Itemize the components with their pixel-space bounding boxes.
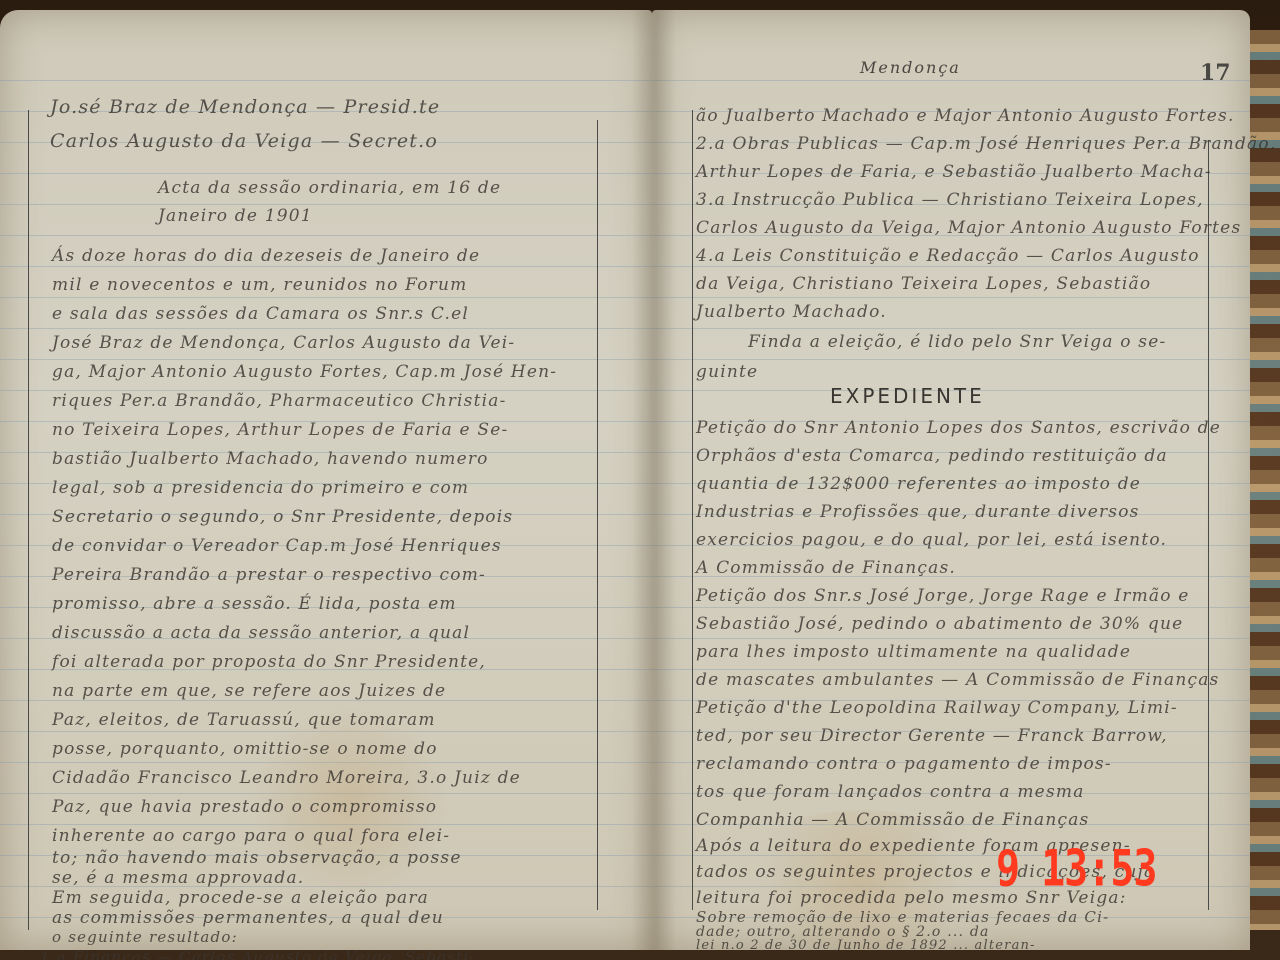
book-gutter xyxy=(632,10,676,950)
text-line: inherente ao cargo para o qual fora elei… xyxy=(52,826,450,846)
text-line: Paz, eleitos, de Taruassú, que tomaram xyxy=(52,710,436,730)
text-line: Petição d'the Leopoldina Railway Company… xyxy=(696,698,1178,718)
right-margin-line xyxy=(1208,140,1209,910)
minutes-title: Acta da sessão ordinaria, em 16 de xyxy=(158,178,501,198)
minutes-date: Janeiro de 1901 xyxy=(158,206,313,226)
text-line: para lhes imposto ultimamente na qualida… xyxy=(696,642,1131,662)
text-line: ted, por seu Director Gerente — Franck B… xyxy=(696,726,1168,746)
text-line: o seguinte resultado: xyxy=(52,928,238,946)
text-line: exercicios pagou, e do qual, por lei, es… xyxy=(696,530,1167,550)
text-line: José Braz de Mendonça, Carlos Augusto da… xyxy=(52,333,515,353)
page-number: 17 xyxy=(1200,60,1231,86)
left-margin-line xyxy=(28,110,29,930)
text-line: no Teixeira Lopes, Arthur Lopes de Faria… xyxy=(52,420,508,440)
timestamp-day: 9 xyxy=(996,840,1019,898)
text-line: to; não havendo mais observação, a posse xyxy=(52,848,462,868)
text-line: foi alterada por proposta do Snr Preside… xyxy=(52,652,486,672)
text-line: Petição dos Snr.s José Jorge, Jorge Rage… xyxy=(696,586,1190,606)
camera-timestamp-overlay: 913:53 xyxy=(996,844,1157,894)
text-line: se, é a mesma approvada. xyxy=(52,868,304,888)
text-line: Pereira Brandão a prestar o respectivo c… xyxy=(52,565,486,585)
text-line: Industrias e Profissões que, durante div… xyxy=(696,502,1140,522)
text-line: 3.a Instrucção Publica — Christiano Teix… xyxy=(696,190,1204,210)
section-heading-text: EXPEDIENTE xyxy=(830,384,985,408)
text-line: Secretario o segundo, o Snr Presidente, … xyxy=(52,507,513,527)
header-president: Jo.sé Braz de Mendonça — Presid.te xyxy=(50,96,440,118)
right-page: Mendonça 17 ão Jualberto Machado e Major… xyxy=(652,10,1250,950)
text-line: 1.a Finanças — Carlos Augusto da Veiga, … xyxy=(40,948,476,960)
text-line: Petição do Snr Antonio Lopes dos Santos,… xyxy=(696,418,1221,438)
text-line: Cidadão Francisco Leandro Moreira, 3.o J… xyxy=(52,768,521,788)
text-line: da Veiga, Christiano Teixeira Lopes, Seb… xyxy=(696,274,1151,294)
text-line: Paz, que havia prestado o compromisso xyxy=(52,797,437,817)
text-line: Sebastião José, pedindo o abatimento de … xyxy=(696,614,1183,634)
text-line: bastião Jualberto Machado, havendo numer… xyxy=(52,449,489,469)
text-line: A Commissão de Finanças. xyxy=(696,558,956,578)
text-line: quantia de 132$000 referentes ao imposto… xyxy=(696,474,1141,494)
book-page-edges xyxy=(1248,30,1280,930)
text-line: promisso, abre a sessão. É lida, posta e… xyxy=(52,594,457,614)
page-header-name: Mendonça xyxy=(860,58,961,77)
text-line: mil e novecentos e um, reunidos no Forum xyxy=(52,275,467,295)
text-line: lei n.o 2 de 30 de Junho de 1892 ... alt… xyxy=(696,938,1036,953)
timestamp-time: 13:53 xyxy=(1041,840,1156,898)
text-line: Ás doze horas do dia dezeseis de Janeiro… xyxy=(52,246,480,266)
text-line: Arthur Lopes de Faria, e Sebastião Jualb… xyxy=(696,162,1212,182)
text-line: Companhia — A Commissão de Finanças xyxy=(696,810,1089,830)
left-page: Jo.sé Braz de Mendonça — Presid.te Carlo… xyxy=(0,10,652,950)
text-line: e sala das sessões da Camara os Snr.s C.… xyxy=(52,304,469,324)
text-line: Carlos Augusto da Veiga, Major Antonio A… xyxy=(696,218,1241,238)
text-line: de mascates ambulantes — A Commissão de … xyxy=(696,670,1219,690)
text-line: ão Jualberto Machado e Major Antonio Aug… xyxy=(696,106,1235,126)
text-line: reclamando contra o pagamento de impos- xyxy=(696,754,1112,774)
text-line: Orphãos d'esta Comarca, pedindo restitui… xyxy=(696,446,1168,466)
text-line: posse, porquanto, omittio-se o nome do xyxy=(52,739,438,759)
text-line: discussão a acta da sessão anterior, a q… xyxy=(52,623,470,643)
text-line: riques Per.a Brandão, Pharmaceutico Chri… xyxy=(52,391,507,411)
left-margin-line xyxy=(692,110,693,910)
section-heading-expediente: EXPEDIENTE xyxy=(830,384,985,408)
right-margin-line xyxy=(597,120,598,910)
text-line: de convidar o Vereador Cap.m José Henriq… xyxy=(52,536,502,556)
text-line: Jualberto Machado. xyxy=(696,302,887,322)
text-line: as commissões permanentes, a qual deu xyxy=(52,908,444,928)
text-line: legal, sob a presidencia do primeiro e c… xyxy=(52,478,469,498)
text-line: guinte xyxy=(696,362,758,382)
text-line: ga, Major Antonio Augusto Fortes, Cap.m … xyxy=(52,362,557,382)
text-line: Em seguida, procede-se a eleição para xyxy=(52,888,429,908)
text-line: na parte em que, se refere aos Juizes de xyxy=(52,681,446,701)
text-line: tos que foram lançados contra a mesma xyxy=(696,782,1085,802)
header-secretary: Carlos Augusto da Veiga — Secret.o xyxy=(50,130,438,152)
text-line: 4.a Leis Constituição e Redacção — Carlo… xyxy=(696,246,1200,266)
text-line: 2.a Obras Publicas — Cap.m José Henrique… xyxy=(696,134,1276,154)
text-line: Finda a eleição, é lido pelo Snr Veiga o… xyxy=(748,332,1166,352)
